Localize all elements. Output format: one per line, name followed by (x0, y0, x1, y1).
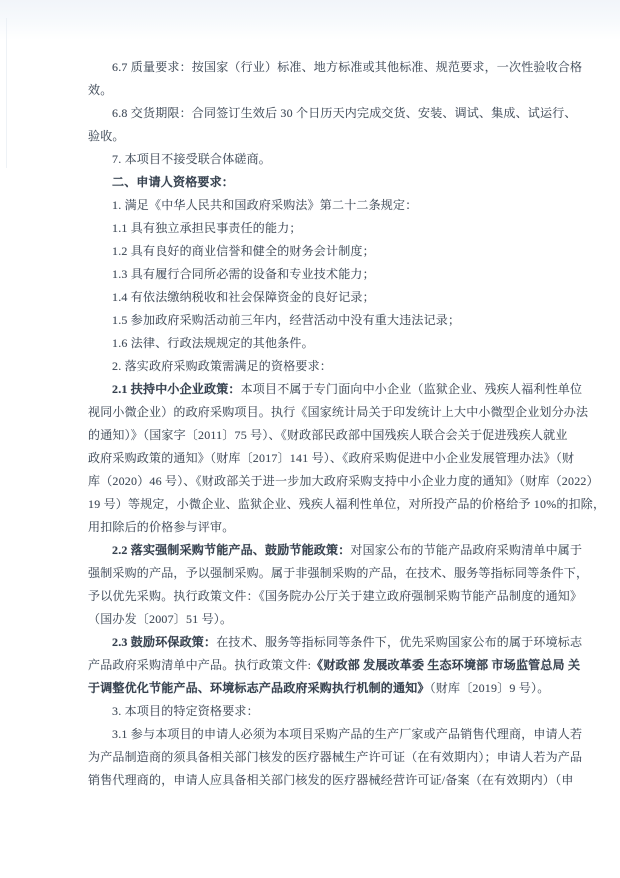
clause-6-7-cont: 效。 (88, 79, 564, 102)
text-segment: 对国家公布的节能产品政府采购清单中属于 (350, 543, 582, 557)
text-segment: 本项目不属于专门面向中小企业（监狱企业、残疾人福利性单位 (241, 382, 583, 396)
clause-2-1-cont: 的通知）》（国家字〔2011〕75 号）、《财政部民政部中国残疾人联合会关于促进… (88, 424, 564, 447)
text-segment: 库（2020）46 号）、《财政部关于进一步加大政府采购支持中小企业力度的通知》… (88, 474, 599, 488)
clause-2-1-cont: 用扣除后的价格参与评审。 (88, 516, 564, 539)
text-segment: 1.5 参加政府采购活动前三年内，经营活动中没有重大违法记录； (112, 313, 460, 327)
bold-text-segment: 二、申请人资格要求： (112, 175, 234, 189)
text-segment: 在技术、服务等指标同等条件下，优先采购国家公布的属于环境标志 (216, 635, 582, 649)
text-segment: 1.6 法律、行政法规规定的其他条件。 (112, 336, 314, 350)
bold-text-segment: 于调整优化节能产品、环境标志产品政府采购执行机制的通知》 (88, 681, 430, 695)
text-segment: 用扣除后的价格参与评审。 (88, 520, 234, 534)
text-segment: （财库〔2019〕9 号）。 (430, 681, 550, 695)
clause-3-1-cont: 为产品制造商的须具备相关部门核发的医疗器械生产许可证（在有效期内）；申请人若为产… (88, 746, 564, 769)
text-segment: 为产品制造商的须具备相关部门核发的医疗器械生产许可证（在有效期内）；申请人若为产… (88, 750, 582, 764)
bold-text-segment: 2.3 鼓励环保政策： (112, 635, 216, 649)
text-segment: 3.1 参与本项目的申请人必须为本项目采购产品的生产厂家或产品销售代理商，申请人… (112, 727, 582, 741)
clause-1: 1. 满足《中华人民共和国政府采购法》第二十二条规定： (88, 194, 564, 217)
clause-6-7: 6.7 质量要求：按国家（行业）标准、地方标准或其他标准、规范要求，一次性验收合… (88, 56, 564, 79)
text-segment: 3. 本项目的特定资格要求： (112, 704, 259, 718)
clause-2: 2. 落实政府采购政策需满足的资格要求： (88, 355, 564, 378)
clause-2-2-cont: 予以优先采购。执行政策文件：《国务院办公厅关于建立政府强制采购节能产品制度的通知… (88, 585, 564, 608)
clause-2-1-cont: 视同小微企业）的政府采购项目。执行《国家统计局关于印发统计上大中小微型企业划分办… (88, 401, 564, 424)
bold-text-segment: 2.1 扶持中小企业政策： (112, 382, 241, 396)
clause-2-1-cont: 政府采购政策的通知》（财库〔2017〕141 号）、《政府采购促进中小企业发展管… (88, 447, 564, 470)
clause-2-1-cont: 库（2020）46 号）、《财政部关于进一步加大政府采购支持中小企业力度的通知》… (88, 470, 564, 493)
text-segment: 19 号）等规定，小微企业、监狱企业、残疾人福利性单位，对所投产品的价格给予 1… (88, 497, 605, 511)
clause-2-1: 2.1 扶持中小企业政策：本项目不属于专门面向中小企业（监狱企业、残疾人福利性单… (88, 378, 564, 401)
clause-2-2-cont: 强制采购的产品，予以强制采购。属于非强制采购的产品，在技术、服务等指标同等条件下… (88, 562, 564, 585)
text-segment: 1.4 有依法缴纳税收和社会保障资金的良好记录； (112, 290, 375, 304)
text-segment: 1. 满足《中华人民共和国政府采购法》第二十二条规定： (112, 198, 417, 212)
clause-1-6: 1.6 法律、行政法规规定的其他条件。 (88, 332, 564, 355)
section-heading-applicant-qualifications: 二、申请人资格要求： (88, 171, 564, 194)
text-segment: 1.2 具有良好的商业信誉和健全的财务会计制度； (112, 244, 375, 258)
clause-2-2: 2.2 落实强制采购节能产品、鼓励节能政策：对国家公布的节能产品政府采购清单中属… (88, 539, 564, 562)
text-segment: 予以优先采购。执行政策文件：《国务院办公厅关于建立政府强制采购节能产品制度的通知… (88, 589, 582, 603)
clause-2-1-cont: 19 号）等规定，小微企业、监狱企业、残疾人福利性单位，对所投产品的价格给予 1… (88, 493, 564, 516)
text-segment: 视同小微企业）的政府采购项目。执行《国家统计局关于印发统计上大中小微型企业划分办… (88, 405, 588, 419)
text-segment: 6.7 质量要求：按国家（行业）标准、地方标准或其他标准、规范要求，一次性验收合… (112, 60, 582, 74)
text-segment: 销售代理商的，申请人应具备相关部门核发的医疗器械经营许可证/备案（在有效期内）（… (88, 773, 574, 787)
text-segment: 2. 落实政府采购政策需满足的资格要求： (112, 359, 332, 373)
clause-2-2-cont: （国办发〔2007〕51 号）。 (88, 608, 564, 631)
scan-artifact-top-band (0, 0, 620, 40)
text-segment: 的通知）》（国家字〔2011〕75 号）、《财政部民政部中国残疾人联合会关于促进… (88, 428, 568, 442)
text-segment: 效。 (88, 83, 112, 97)
clause-1-2: 1.2 具有良好的商业信誉和健全的财务会计制度； (88, 240, 564, 263)
text-segment: 政府采购政策的通知》（财库〔2017〕141 号）、《政府采购促进中小企业发展管… (88, 451, 574, 465)
bold-text-segment: 2.2 落实强制采购节能产品、鼓励节能政策： (112, 543, 350, 557)
scanned-document-page: 6.7 质量要求：按国家（行业）标准、地方标准或其他标准、规范要求，一次性验收合… (0, 0, 620, 878)
text-segment: 6.8 交货期限：合同签订生效后 30 个日历天内完成交货、安装、调试、集成、试… (112, 106, 577, 120)
text-segment: 1.3 具有履行合同所必需的设备和专业技术能力； (112, 267, 375, 281)
clause-7: 7. 本项目不接受联合体磋商。 (88, 148, 564, 171)
clause-1-5: 1.5 参加政府采购活动前三年内，经营活动中没有重大违法记录； (88, 309, 564, 332)
text-segment: 7. 本项目不接受联合体磋商。 (112, 152, 271, 166)
text-segment: （国办发〔2007〕51 号）。 (88, 612, 232, 626)
document-body: 6.7 质量要求：按国家（行业）标准、地方标准或其他标准、规范要求，一次性验收合… (88, 56, 564, 792)
clause-1-1: 1.1 具有独立承担民事责任的能力； (88, 217, 564, 240)
clause-6-8-cont: 验收。 (88, 125, 564, 148)
text-segment: 强制采购的产品，予以强制采购。属于非强制采购的产品，在技术、服务等指标同等条件下… (88, 566, 588, 580)
scan-artifact-left-edge (6, 18, 7, 168)
clause-2-3-cont: 于调整优化节能产品、环境标志产品政府采购执行机制的通知》（财库〔2019〕9 号… (88, 677, 564, 700)
clause-3: 3. 本项目的特定资格要求： (88, 700, 564, 723)
clause-6-8: 6.8 交货期限：合同签订生效后 30 个日历天内完成交货、安装、调试、集成、试… (88, 102, 564, 125)
text-segment: 产品政府采购清单中产品。执行政策文件: (88, 658, 311, 672)
clause-2-3-cont: 产品政府采购清单中产品。执行政策文件:《财政部 发展改革委 生态环境部 市场监管… (88, 654, 564, 677)
text-segment: 1.1 具有独立承担民事责任的能力； (112, 221, 302, 235)
text-segment: 验收。 (88, 129, 125, 143)
clause-2-3: 2.3 鼓励环保政策：在技术、服务等指标同等条件下，优先采购国家公布的属于环境标… (88, 631, 564, 654)
bold-text-segment: 《财政部 发展改革委 生态环境部 市场监管总局 关 (311, 658, 580, 672)
clause-1-4: 1.4 有依法缴纳税收和社会保障资金的良好记录； (88, 286, 564, 309)
clause-3-1: 3.1 参与本项目的申请人必须为本项目采购产品的生产厂家或产品销售代理商，申请人… (88, 723, 564, 746)
clause-3-1-cont: 销售代理商的，申请人应具备相关部门核发的医疗器械经营许可证/备案（在有效期内）（… (88, 769, 564, 792)
clause-1-3: 1.3 具有履行合同所必需的设备和专业技术能力； (88, 263, 564, 286)
